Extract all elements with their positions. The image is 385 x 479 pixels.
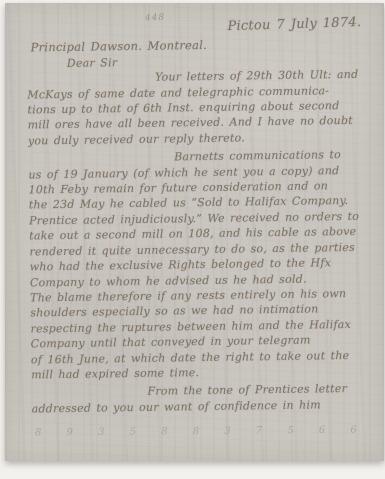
- letter-body: Pictou 7 July 1874. Principal Dawson. Mo…: [26, 18, 380, 417]
- letter-line: addressed to you our want of confidence …: [32, 396, 381, 416]
- bleedthrough-digits: 8 9 3 5 8 8 3 7 5 6 6 3 0 7 3 8 3 5: [35, 425, 374, 439]
- letter-scan: 448 Pictou 7 July 1874. Principal Dawson…: [0, 0, 385, 479]
- letter-line: From the tone of Prentices letter: [147, 381, 380, 400]
- letter-line: Your letters of 29th 30th Ult: and: [155, 67, 376, 85]
- letter-paper: 448 Pictou 7 July 1874. Principal Dawson…: [5, 3, 384, 461]
